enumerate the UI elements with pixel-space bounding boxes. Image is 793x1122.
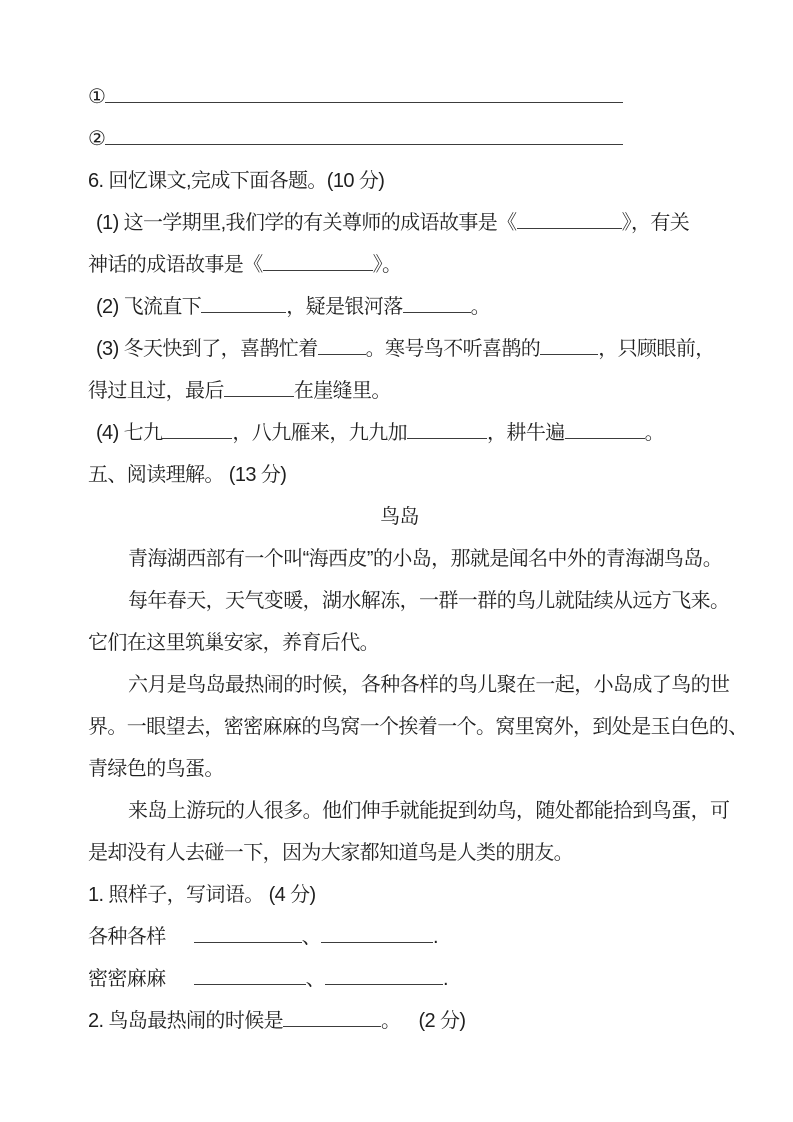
- text-segment: 。: [645, 422, 664, 444]
- exam-content: ①②6. 回忆课文,完成下面各题。(10 分)(1) 这一学期里,我们学的有关尊…: [0, 0, 728, 1042]
- q6-item-3-line-2: 得过且过，最后在崖缝里。: [88, 370, 728, 412]
- text-segment: 五、阅读理解。 (13 分): [88, 464, 286, 486]
- text-segment: .: [433, 926, 438, 948]
- text-segment: 。寒号鸟不听喜鹊的: [366, 338, 541, 360]
- passage-para-1: 青海湖西部有一个叫“海西皮”的小岛，那就是闻名中外的青海湖鸟岛。: [88, 538, 728, 580]
- text-segment: 、: [306, 968, 325, 990]
- passage-para-3-line-3: 青绿色的鸟蛋。: [88, 748, 728, 790]
- q6-item-1-line-1: (1) 这一学期里,我们学的有关尊师的成语故事是《》，有关: [88, 202, 728, 244]
- answer-blank: [105, 122, 623, 145]
- question-6-stem: 6. 回忆课文,完成下面各题。(10 分): [88, 160, 728, 202]
- answer-blank: [565, 416, 645, 439]
- passage-para-3-line-2: 界。一眼望去，密密麻麻的鸟窝一个挨着一个。窝里窝外，到处是玉白色的、: [88, 706, 728, 748]
- reading-q1-row-1: 各种各样、.: [88, 916, 728, 958]
- text-segment: ，只顾眼前，: [598, 338, 714, 360]
- answer-blank: [318, 332, 366, 355]
- q6-item-2: (2) 飞流直下，疑是银河落。: [88, 286, 728, 328]
- text-segment: (1) 这一学期里,我们学的有关尊师的成语故事是《: [96, 212, 517, 234]
- answer-blank: [194, 962, 306, 985]
- section-5-heading: 五、阅读理解。 (13 分): [88, 454, 728, 496]
- reading-q1-row-2: 密密麻麻、.: [88, 958, 728, 1000]
- text-segment: 六月是鸟岛最热闹的时候，各种各样的鸟儿聚在一起，小岛成了鸟的世: [128, 674, 729, 696]
- text-segment: 得过且过，最后: [88, 380, 224, 402]
- spacer: [166, 984, 194, 985]
- reading-q2: 2. 鸟岛最热闹的时候是。(2 分): [88, 1000, 728, 1042]
- passage-para-4-line-2: 是却没有人去碰一下，因为大家都知道鸟是人类的朋友。: [88, 832, 728, 874]
- text-segment: 是却没有人去碰一下，因为大家都知道鸟是人类的朋友。: [88, 842, 573, 864]
- text-segment: 》。: [373, 254, 402, 276]
- spacer: [400, 1026, 418, 1027]
- text-segment: 青绿色的鸟蛋。: [88, 758, 224, 780]
- passage-para-2-line-2: 它们在这里筑巢安家，养育后代。: [88, 622, 728, 664]
- answer-blank: [194, 920, 302, 943]
- text-segment: 2. 鸟岛最热闹的时候是: [88, 1010, 283, 1032]
- answer-blank: [201, 290, 286, 313]
- answer-blank: [540, 332, 598, 355]
- text-segment: 。: [471, 296, 490, 318]
- text-segment: ①: [88, 86, 105, 108]
- passage-para-3-line-1: 六月是鸟岛最热闹的时候，各种各样的鸟儿聚在一起，小岛成了鸟的世: [88, 664, 728, 706]
- q6-item-3-line-1: (3) 冬天快到了，喜鹊忙着。寒号鸟不听喜鹊的，只顾眼前，: [88, 328, 728, 370]
- text-segment: 。: [381, 1010, 400, 1032]
- text-segment: .: [443, 968, 448, 990]
- text-segment: (4) 七九: [96, 422, 162, 444]
- text-segment: 神话的成语故事是《: [88, 254, 263, 276]
- blank-answer-line-2: ②: [88, 118, 728, 160]
- text-segment: 、: [302, 926, 321, 948]
- passage-title: 鸟岛: [88, 496, 711, 538]
- text-segment: 青海湖西部有一个叫“海西皮”的小岛，那就是闻名中外的青海湖鸟岛。: [128, 548, 722, 570]
- answer-blank: [403, 290, 471, 313]
- text-segment: 每年春天，天气变暖，湖水解冻，一群一群的鸟儿就陆续从远方飞来。: [128, 590, 729, 612]
- exam-page: ①②6. 回忆课文,完成下面各题。(10 分)(1) 这一学期里,我们学的有关尊…: [0, 0, 793, 1122]
- answer-blank: [263, 248, 373, 271]
- text-segment: 各种各样: [88, 926, 166, 948]
- answer-blank: [517, 206, 622, 229]
- blank-answer-line-1: ①: [88, 76, 728, 118]
- passage-para-4-line-1: 来岛上游玩的人很多。他们伸手就能捉到幼鸟，随处都能拾到鸟蛋，可: [88, 790, 728, 832]
- answer-blank: [321, 920, 433, 943]
- reading-q1-stem: 1. 照样子，写词语。 (4 分): [88, 874, 728, 916]
- text-segment: 密密麻麻: [88, 968, 166, 990]
- text-segment: 界。一眼望去，密密麻麻的鸟窝一个挨着一个。窝里窝外，到处是玉白色的、: [88, 716, 748, 738]
- text-segment: 来岛上游玩的人很多。他们伸手就能捉到幼鸟，随处都能拾到鸟蛋，可: [128, 800, 729, 822]
- q6-item-4: (4) 七九，八九雁来，九九加，耕牛遍。: [88, 412, 728, 454]
- text-segment: 1. 照样子，写词语。 (4 分): [88, 884, 316, 906]
- text-segment: ②: [88, 128, 105, 150]
- answer-blank: [325, 962, 443, 985]
- answer-blank: [162, 416, 232, 439]
- answer-blank: [407, 416, 487, 439]
- text-segment: 鸟岛: [380, 506, 419, 528]
- q6-item-1-line-2: 神话的成语故事是《》。: [88, 244, 728, 286]
- text-segment: (2) 飞流直下: [96, 296, 201, 318]
- text-segment: 6. 回忆课文,完成下面各题。(10 分): [88, 170, 384, 192]
- spacer: [166, 942, 194, 943]
- text-segment: 在崖缝里。: [294, 380, 391, 402]
- text-segment: (2 分): [418, 1010, 465, 1032]
- answer-blank: [105, 80, 623, 103]
- text-segment: ，耕牛遍: [487, 422, 565, 444]
- text-segment: (3) 冬天快到了，喜鹊忙着: [96, 338, 318, 360]
- text-segment: 》，有关: [622, 212, 690, 234]
- text-segment: ，疑是银河落: [286, 296, 402, 318]
- answer-blank: [224, 374, 294, 397]
- passage-para-2-line-1: 每年春天，天气变暖，湖水解冻，一群一群的鸟儿就陆续从远方飞来。: [88, 580, 728, 622]
- answer-blank: [283, 1004, 381, 1027]
- text-segment: 它们在这里筑巢安家，养育后代。: [88, 632, 379, 654]
- text-segment: ，八九雁来，九九加: [232, 422, 407, 444]
